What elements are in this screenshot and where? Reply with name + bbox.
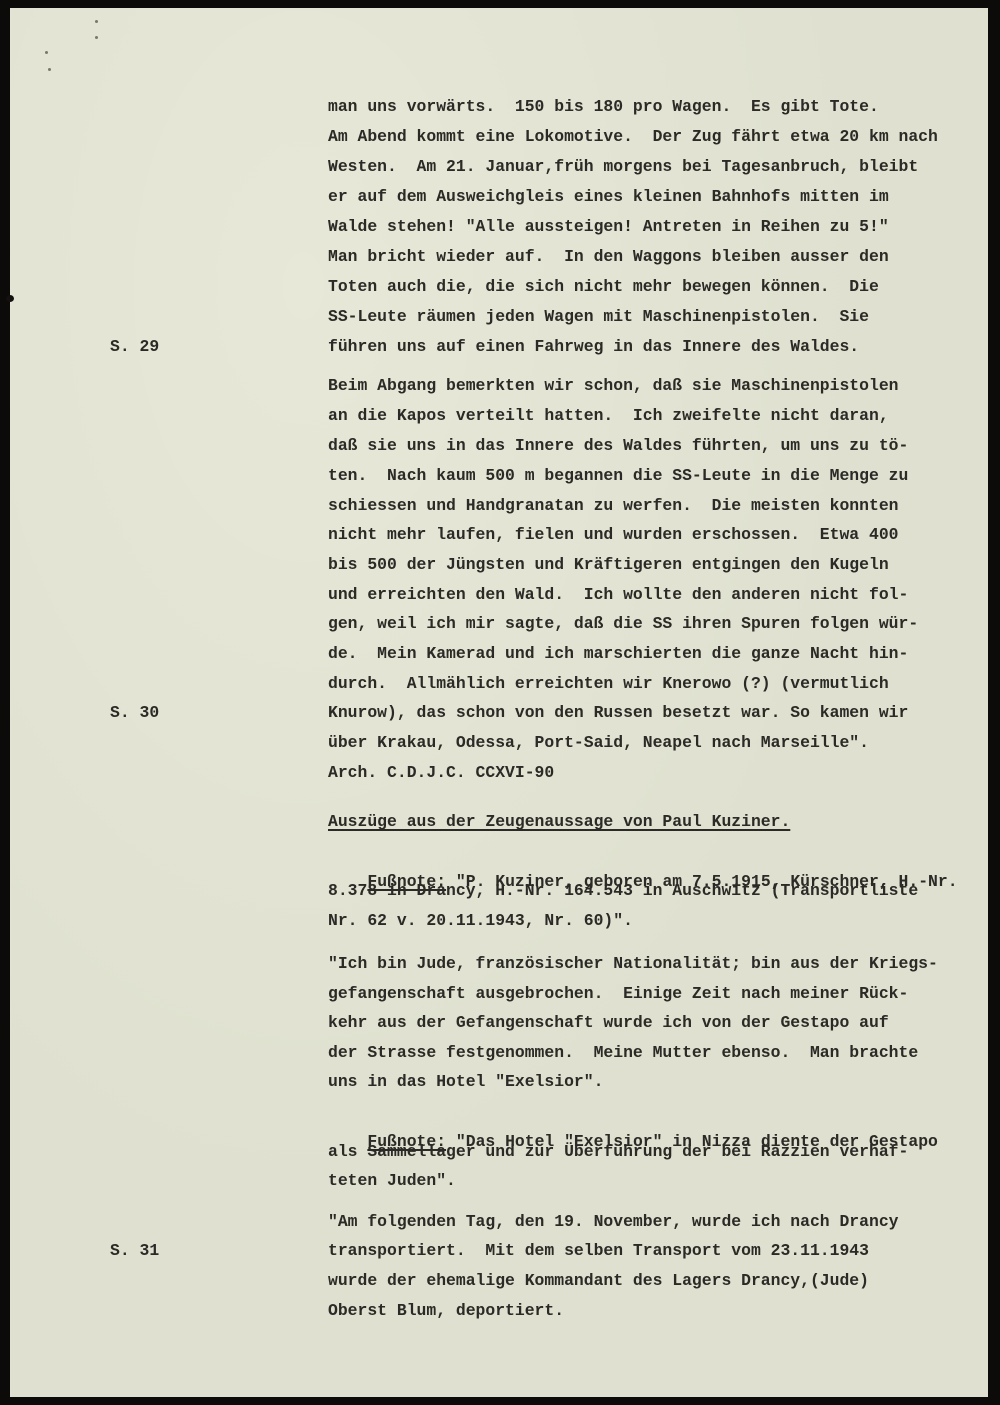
footnote-1-line: Fußnote: "P. Kuziner, geboren am 7.5.191… bbox=[328, 852, 958, 872]
paragraph-2-line: schiessen und Handgranatan zu werfen. Di… bbox=[328, 496, 899, 516]
margin-page-ref-30: S. 30 bbox=[110, 703, 159, 723]
footnote-1-line: 8.378 in Drancy, H.-Nr. 164.543 in Ausch… bbox=[328, 881, 918, 901]
paragraph-1-line: Walde stehen! "Alle aussteigen! Antreten… bbox=[328, 217, 889, 237]
paragraph-1-line: Toten auch die, die sich nicht mehr bewe… bbox=[328, 277, 879, 297]
paragraph-2-line: nicht mehr laufen, fielen und wurden ers… bbox=[328, 525, 899, 545]
paper-speck bbox=[48, 68, 51, 71]
footnote-2-line: teten Juden". bbox=[328, 1171, 456, 1191]
page-edge-mark bbox=[6, 295, 14, 302]
paragraph-2-line: und erreichten den Wald. Ich wollte den … bbox=[328, 585, 908, 605]
paragraph-2-line: bis 500 der Jüngsten und Kräftigeren ent… bbox=[328, 555, 889, 575]
paragraph-1-line: Am Abend kommt eine Lokomotive. Der Zug … bbox=[328, 127, 938, 147]
paragraph-2-line: durch. Allmählich erreichten wir Knerowo… bbox=[328, 674, 889, 694]
section-heading: Auszüge aus der Zeugenaussage von Paul K… bbox=[328, 812, 790, 832]
paragraph-2-line: ten. Nach kaum 500 m begannen die SS-Leu… bbox=[328, 466, 908, 486]
paragraph-2-line: de. Mein Kamerad und ich marschierten di… bbox=[328, 644, 908, 664]
paper-speck bbox=[45, 51, 48, 54]
margin-page-ref-31: S. 31 bbox=[110, 1241, 159, 1261]
paragraph-3-line: "Ich bin Jude, französischer Nationalitä… bbox=[328, 954, 938, 974]
paragraph-3-line: kehr aus der Gefangenschaft wurde ich vo… bbox=[328, 1013, 889, 1033]
paragraph-2-line: Beim Abgang bemerkten wir schon, daß sie… bbox=[328, 376, 899, 396]
paragraph-1-line: man uns vorwärts. 150 bis 180 pro Wagen.… bbox=[328, 97, 879, 117]
paragraph-1-line: SS-Leute räumen jeden Wagen mit Maschine… bbox=[328, 307, 869, 327]
paragraph-1-line: Man bricht wieder auf. In den Waggons bl… bbox=[328, 247, 889, 267]
footnote-1-line: Nr. 62 v. 20.11.1943, Nr. 60)". bbox=[328, 911, 633, 931]
paragraph-1-line: Westen. Am 21. Januar,früh morgens bei T… bbox=[328, 157, 918, 177]
paragraph-2-line: an die Kapos verteilt hatten. Ich zweife… bbox=[328, 406, 889, 426]
paragraph-2-line: Knurow), das schon von den Russen besetz… bbox=[328, 703, 908, 723]
footnote-2-line: als Sammellager und zur Überführung der … bbox=[328, 1142, 908, 1162]
paragraph-4-line: wurde der ehemalige Kommandant des Lager… bbox=[328, 1271, 869, 1291]
paragraph-3-line: uns in das Hotel "Exelsior". bbox=[328, 1072, 603, 1092]
paragraph-3-line: der Strasse festgenommen. Meine Mutter e… bbox=[328, 1043, 918, 1063]
paragraph-4-line: "Am folgenden Tag, den 19. November, wur… bbox=[328, 1212, 899, 1232]
paragraph-4-line: Oberst Blum, deportiert. bbox=[328, 1301, 564, 1321]
paragraph-3-line: gefangenschaft ausgebrochen. Einige Zeit… bbox=[328, 984, 908, 1004]
paper-speck bbox=[95, 36, 98, 39]
paragraph-4-line: transportiert. Mit dem selben Transport … bbox=[328, 1241, 869, 1261]
footnote-2-line: Fußnote: "Das Hotel "Exelsior" in Nizza … bbox=[328, 1112, 938, 1132]
margin-page-ref-29: S. 29 bbox=[110, 337, 159, 357]
archive-reference: Arch. C.D.J.C. CCXVI-90 bbox=[328, 763, 554, 783]
paragraph-1-line: führen uns auf einen Fahrweg in das Inne… bbox=[328, 337, 859, 357]
paragraph-1-line: er auf dem Ausweichgleis eines kleinen B… bbox=[328, 187, 889, 207]
paragraph-2-line: daß sie uns in das Innere des Waldes füh… bbox=[328, 436, 908, 456]
paper-speck bbox=[95, 20, 98, 23]
paragraph-2-line: gen, weil ich mir sagte, daß die SS ihre… bbox=[328, 614, 918, 634]
paragraph-2-line: über Krakau, Odessa, Port-Said, Neapel n… bbox=[328, 733, 869, 753]
